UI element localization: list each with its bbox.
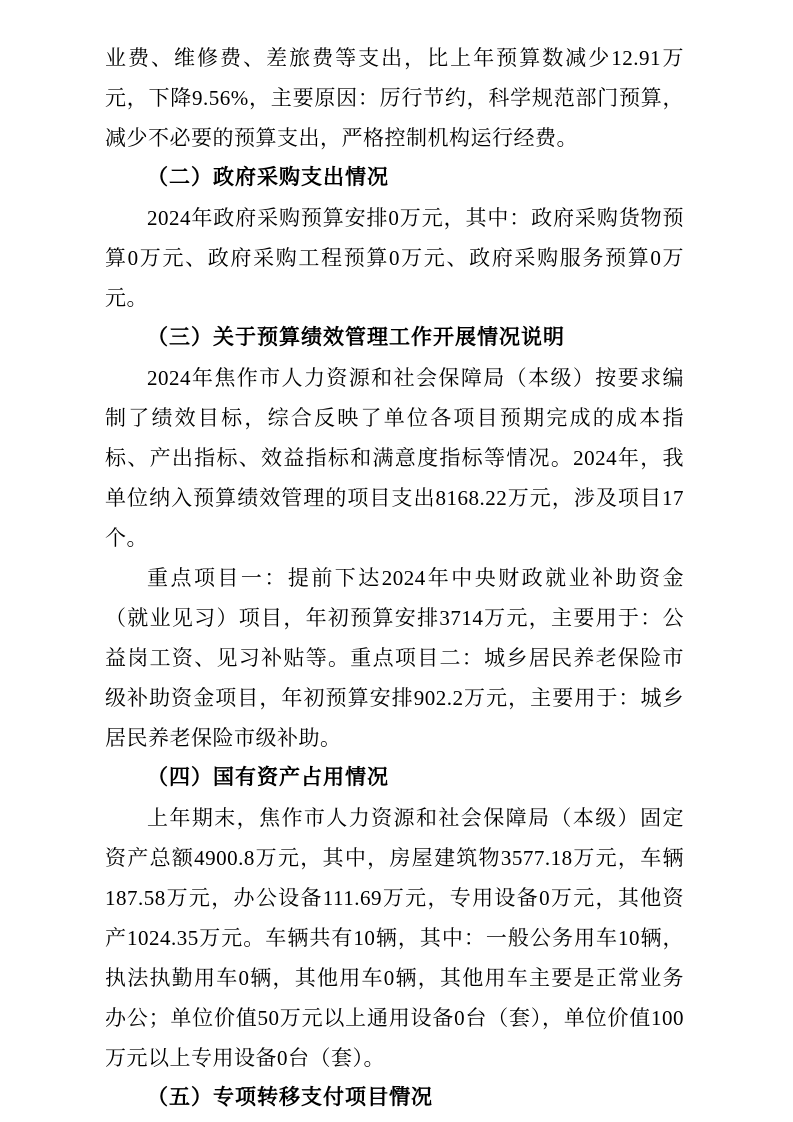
paragraph-key-projects: 重点项目一：提前下达2024年中央财政就业补助资金（就业见习）项目，年初预算安排…	[105, 558, 684, 758]
page-number: - 7 -	[382, 1082, 410, 1101]
section-heading-state-assets: （四）国有资产占用情况	[105, 758, 684, 798]
document-page: 业费、维修费、差旅费等支出，比上年预算数减少12.91万元，下降9.56%，主要…	[0, 0, 793, 1122]
section-heading-government-procurement: （二）政府采购支出情况	[105, 158, 684, 198]
section-heading-performance-management: （三）关于预算绩效管理工作开展情况说明	[105, 318, 684, 358]
paragraph-expense-reduction-continued: 业费、维修费、差旅费等支出，比上年预算数减少12.91万元，下降9.56%，主要…	[105, 38, 684, 158]
paragraph-fixed-assets: 上年期末，焦作市人力资源和社会保障局（本级）固定资产总额4900.8万元，其中，…	[105, 798, 684, 1078]
document-body: 业费、维修费、差旅费等支出，比上年预算数减少12.91万元，下降9.56%，主要…	[105, 38, 684, 1118]
paragraph-procurement-budget: 2024年政府采购预算安排0万元，其中：政府采购货物预算0万元、政府采购工程预算…	[105, 198, 684, 318]
page-footer: - 7 -	[0, 1082, 793, 1102]
paragraph-performance-targets: 2024年焦作市人力资源和社会保障局（本级）按要求编制了绩效目标，综合反映了单位…	[105, 358, 684, 558]
